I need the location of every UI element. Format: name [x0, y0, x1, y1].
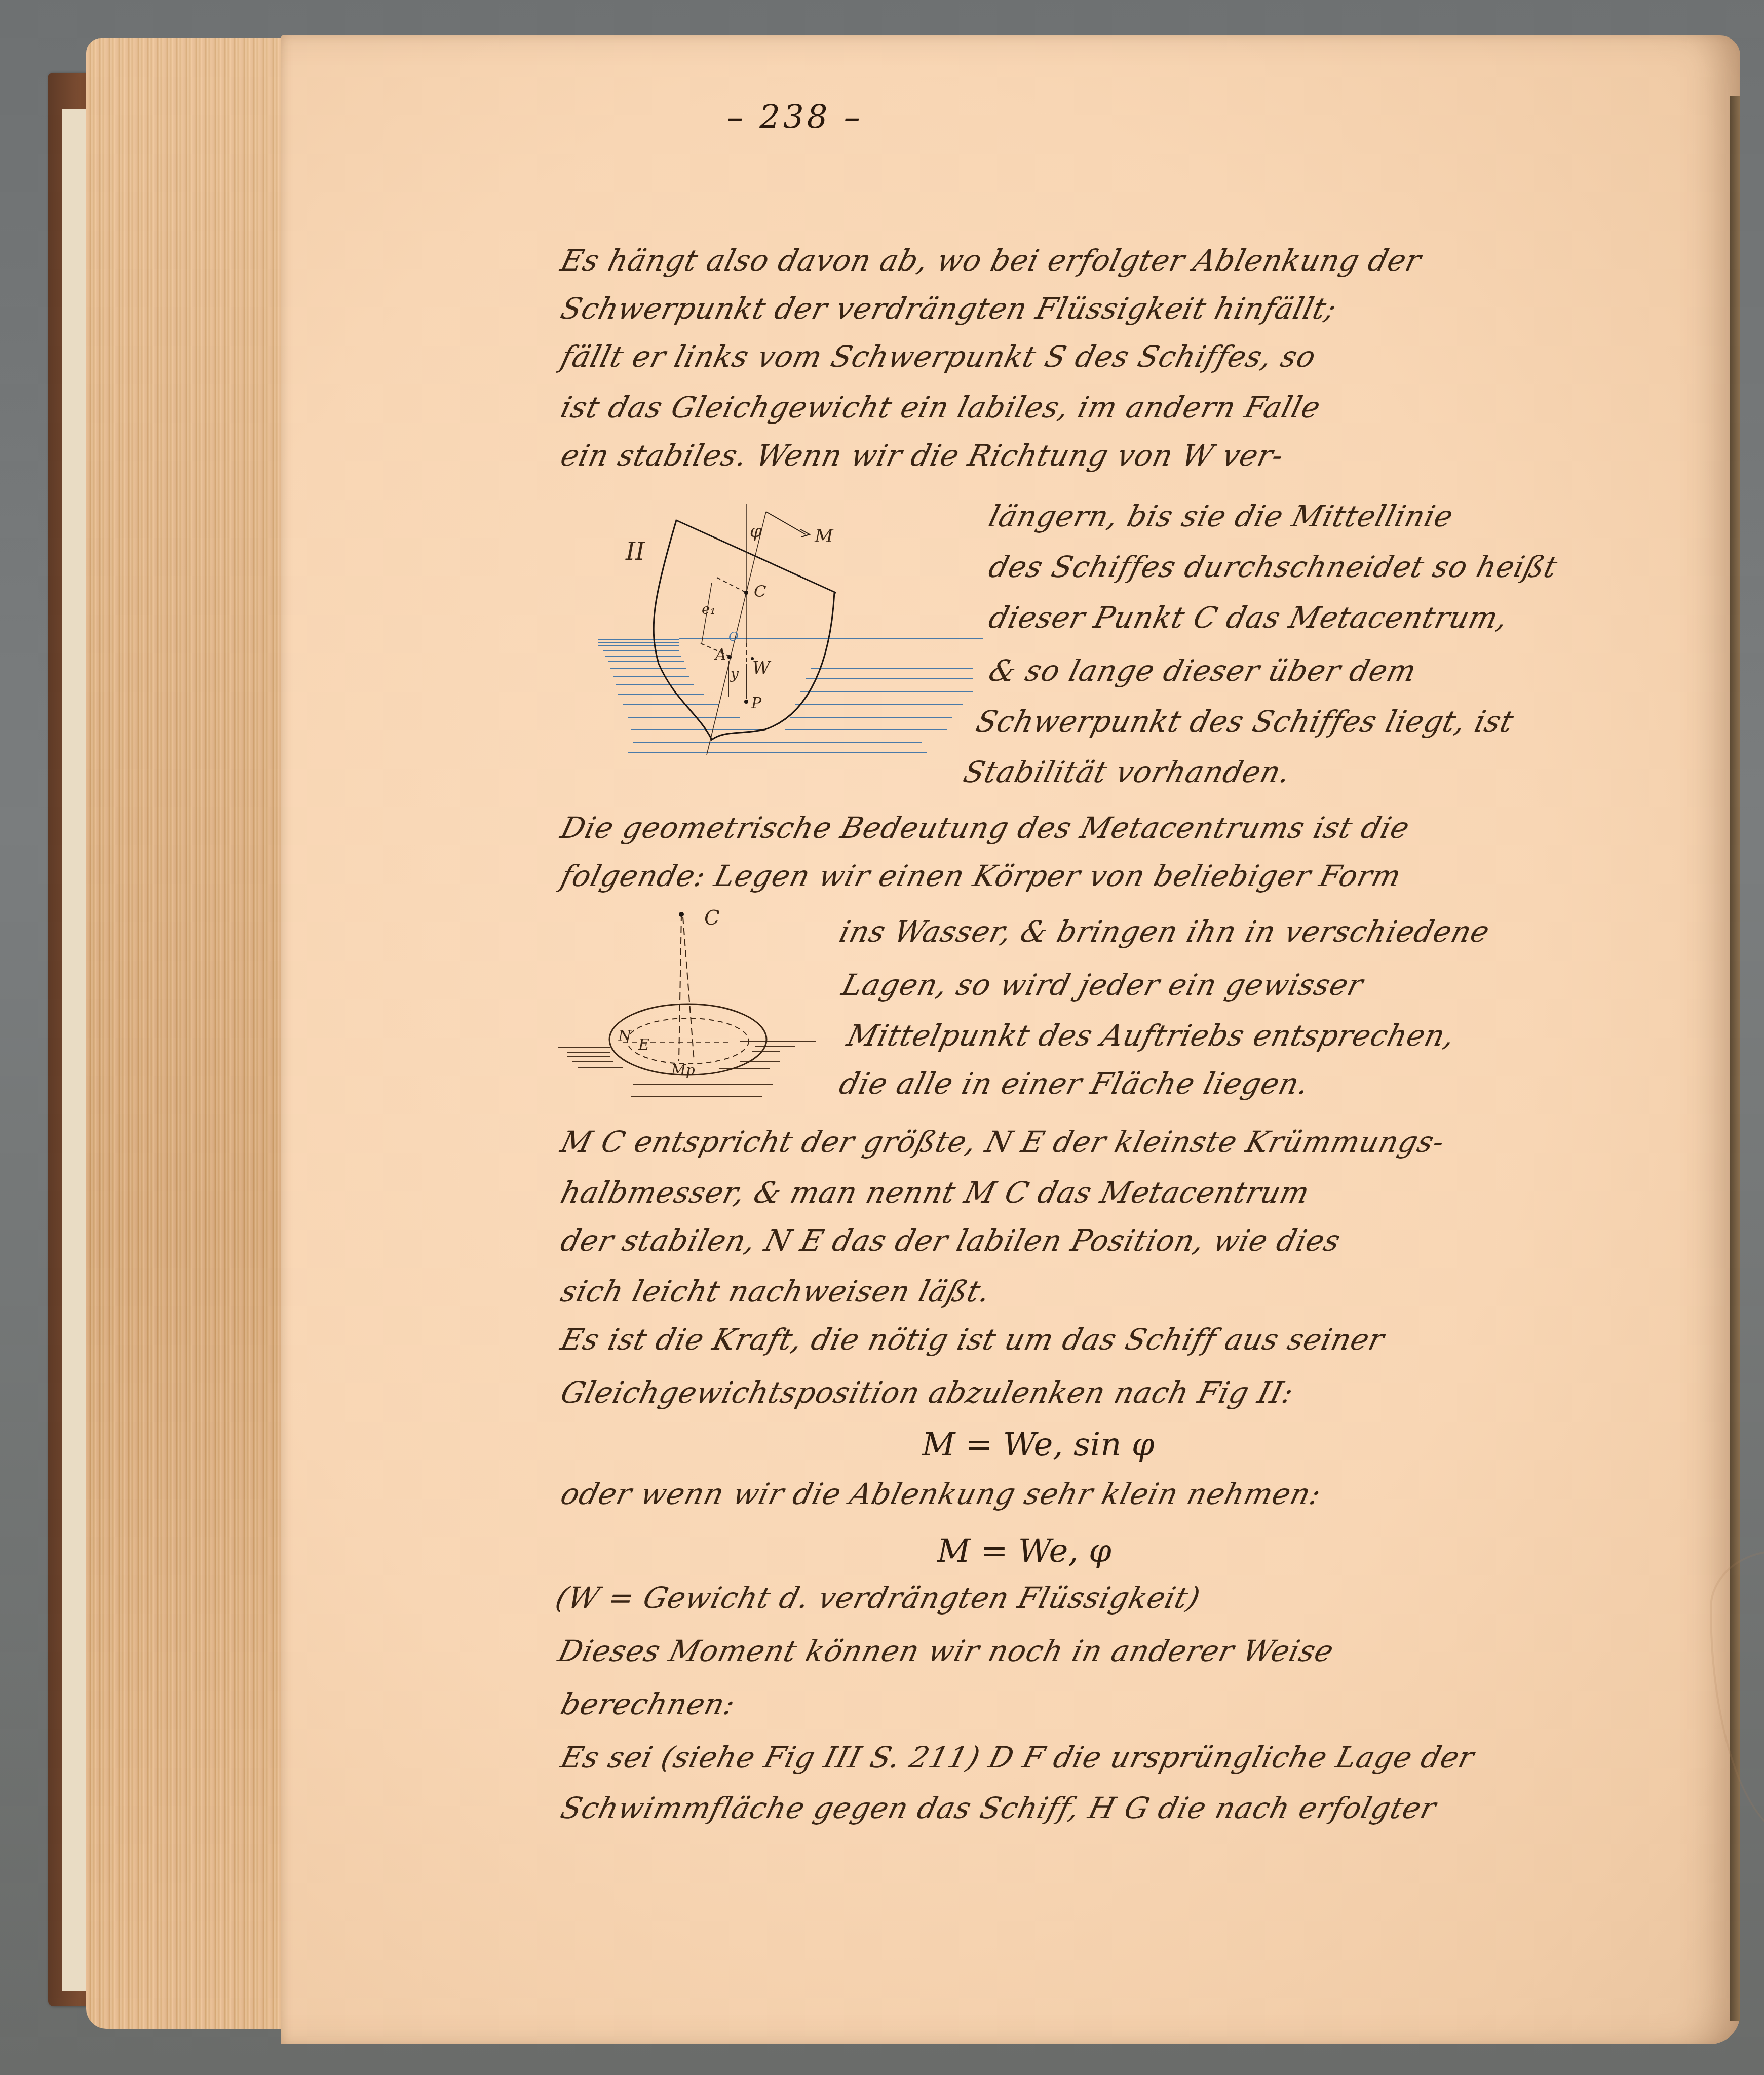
- formula-moment-sine: M = We, sin φ: [922, 1426, 1155, 1464]
- text-line: Gleichgewichtsposition abzulenken nach F…: [557, 1375, 1297, 1410]
- text-line: Die geometrische Bedeutung des Metacentr…: [557, 811, 1413, 845]
- figure-label: II: [625, 537, 645, 566]
- text-line: die alle in einer Fläche liegen.: [836, 1066, 1313, 1101]
- text-line: Dieses Moment können wir noch in anderer…: [555, 1634, 1337, 1668]
- svg-text:φ: φ: [750, 521, 762, 542]
- figure-ii-ship-diagram: II φ M C e₁ O A y W P: [598, 496, 983, 780]
- hull-outline-icon: [654, 520, 836, 740]
- text-line: berechnen:: [557, 1687, 739, 1721]
- text-line: Schwimmfläche gegen das Schiff, H G die …: [557, 1791, 1440, 1825]
- svg-text:W: W: [752, 658, 772, 678]
- svg-text:P: P: [751, 695, 762, 712]
- text-line: ins Wasser, & bringen ihn in verschieden…: [836, 914, 1493, 949]
- formula-moment-small-angle: M = We, φ: [937, 1532, 1111, 1570]
- svg-text:Mp: Mp: [671, 1062, 695, 1079]
- text-line: Stabilität vorhanden.: [960, 755, 1294, 789]
- figure-ellipsoid-diagram: C N E Mp: [547, 902, 831, 1104]
- svg-text:E: E: [638, 1036, 649, 1054]
- text-line: oder wenn wir die Ablenkung sehr klein n…: [557, 1477, 1325, 1511]
- svg-text:C: C: [754, 582, 766, 601]
- svg-text:O: O: [728, 630, 739, 644]
- text-line: dieser Punkt C das Metacentrum,: [985, 600, 1512, 635]
- text-line: ein stabiles. Wenn wir die Richtung von …: [557, 438, 1287, 473]
- water-lines-icon: [598, 639, 983, 752]
- text-line: folgende: Legen wir einen Körper von bel…: [557, 859, 1405, 893]
- text-line: Es ist die Kraft, die nötig ist um das S…: [557, 1322, 1388, 1357]
- svg-text:e₁: e₁: [702, 601, 716, 618]
- text-line: des Schiffes durchschneidet so heißt: [985, 550, 1561, 584]
- svg-text:C: C: [704, 906, 720, 930]
- text-line: längern, bis sie die Mittellinie: [985, 499, 1457, 533]
- text-line: der stabilen, N E das der labilen Positi…: [557, 1223, 1345, 1258]
- svg-text:A: A: [714, 646, 726, 664]
- text-line: M C entspricht der größte, N E der klein…: [557, 1125, 1448, 1159]
- svg-text:M: M: [814, 526, 834, 547]
- text-line: halbmesser, & man nennt M C das Metacent…: [557, 1175, 1313, 1210]
- text-line: Es sei (siehe Fig III S. 211) D F die ur…: [557, 1740, 1478, 1775]
- text-line: ist das Gleichgewicht ein labiles, im an…: [557, 390, 1324, 425]
- text-line: Schwerpunkt des Schiffes liegt, ist: [973, 704, 1518, 739]
- text-line: sich leicht nachweisen läßt.: [557, 1274, 994, 1309]
- text-line: Schwerpunkt der verdrängten Flüssigkeit …: [557, 291, 1340, 326]
- text-line: & so lange dieser über dem: [985, 654, 1420, 688]
- text-line: (W = Gewicht d. verdrängten Flüssigkeit): [552, 1581, 1204, 1615]
- text-line: fällt er links vom Schwerpunkt S des Sch…: [557, 339, 1320, 374]
- page-edges-stack: [86, 38, 299, 2029]
- svg-text:y: y: [730, 666, 739, 682]
- moment-arrow-icon: [800, 529, 810, 537]
- endpaper: [62, 109, 87, 1991]
- page-number: – 238 –: [727, 99, 863, 136]
- text-line: Lagen, so wird jeder ein gewisser: [838, 968, 1367, 1002]
- svg-text:N: N: [618, 1027, 632, 1045]
- text-line: Es hängt also davon ab, wo bei erfolgter…: [557, 243, 1425, 278]
- text-line: Mittelpunkt des Auftriebs entsprechen,: [843, 1018, 1459, 1053]
